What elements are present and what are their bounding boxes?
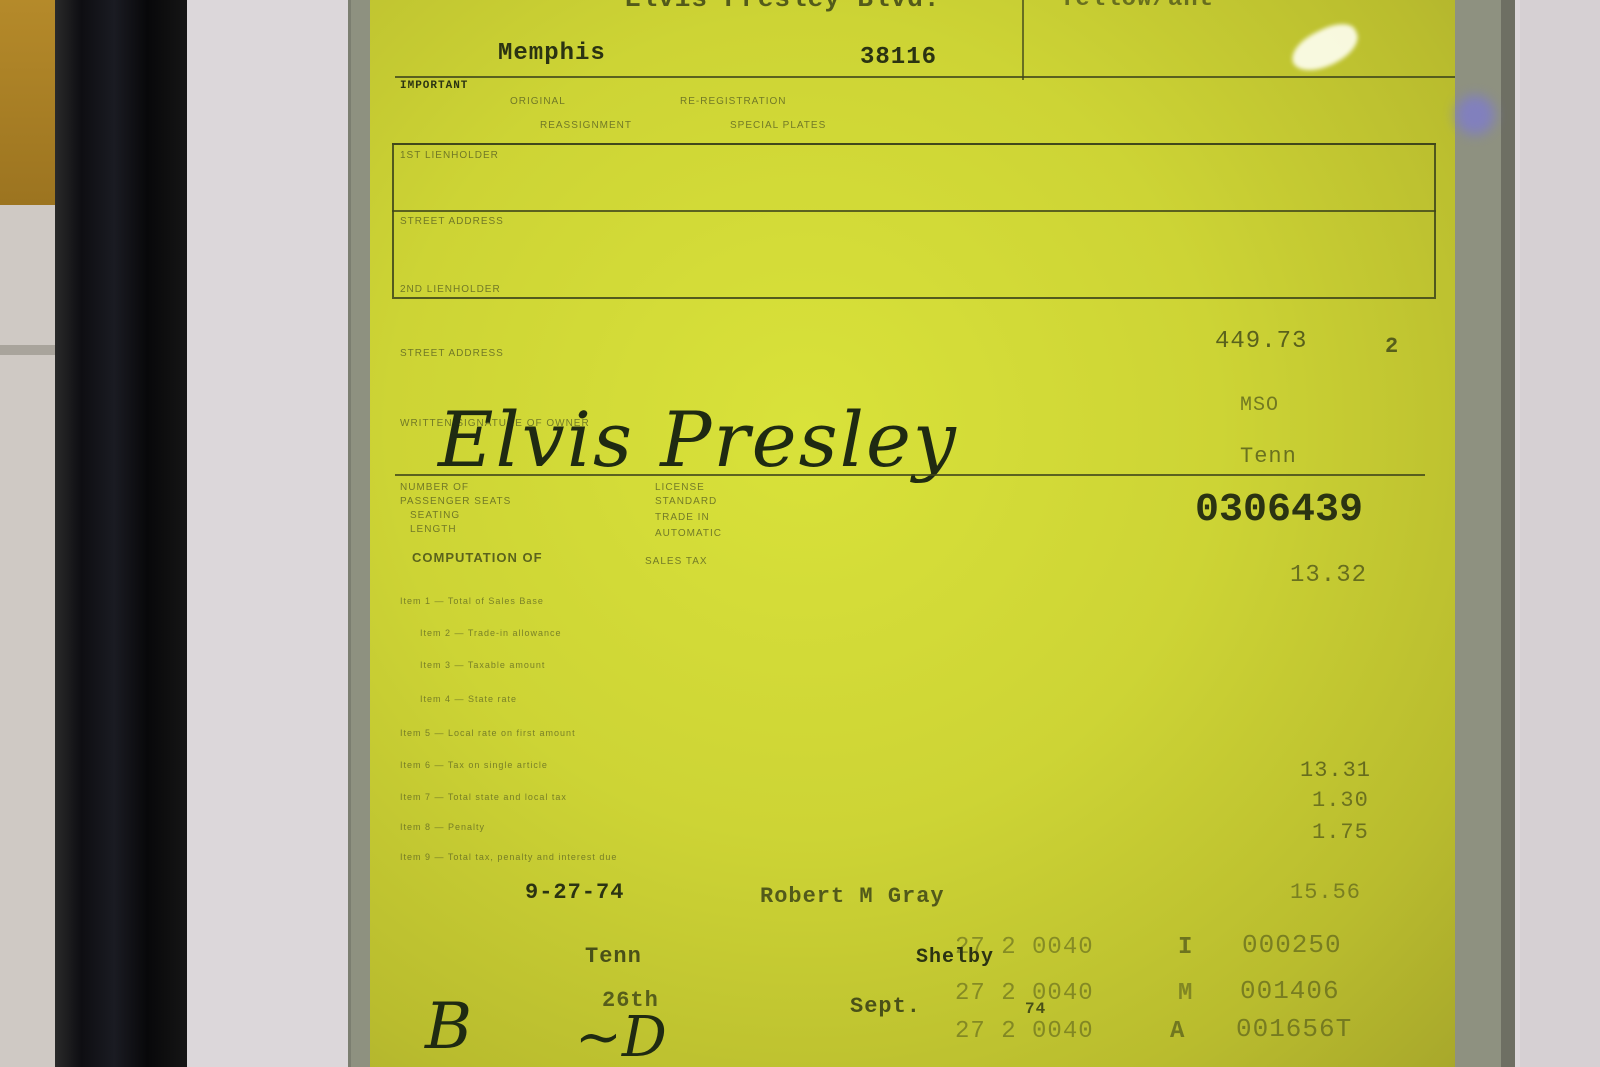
amount-value: 449.73 [1215, 328, 1307, 355]
rule [395, 76, 1455, 78]
light-reflection [1455, 95, 1495, 135]
computation-sublabel: SALES TAX [645, 556, 708, 567]
color-field: Yellow/ant [1060, 0, 1214, 13]
street-address-label-2: STREET ADDRESS [400, 348, 504, 359]
official-signature-partial: B [425, 990, 472, 1064]
validation-marker: I [1178, 934, 1193, 961]
address-line: Elvis Presley Blvd. [625, 0, 940, 14]
wall-trim [0, 345, 55, 355]
computation-line: Item 6 — Tax on single article [400, 760, 548, 770]
validation-left: 27 2 0040 [955, 934, 1094, 961]
street-address-label: STREET ADDRESS [400, 216, 504, 227]
computation-amount: 15.56 [1290, 880, 1361, 905]
code-value: MSO [1240, 394, 1279, 417]
footer-state: Tenn [585, 944, 642, 969]
computation-amount: 1.30 [1312, 788, 1369, 813]
signature-line [395, 474, 1425, 476]
mid-label-passenger-seats: PASSENGER SEATS [400, 496, 511, 507]
owner-signature: Elvis Presley [438, 395, 958, 484]
validation-value: 001656T [1236, 1014, 1352, 1044]
state-value: Tenn [1240, 444, 1297, 469]
divider [1022, 0, 1024, 80]
computation-line: Item 7 — Total state and local tax [400, 792, 567, 802]
option-reassignment: REASSIGNMENT [540, 120, 632, 131]
computation-line: Item 9 — Total tax, penalty and interest… [400, 852, 617, 862]
validation-marker: A [1170, 1018, 1185, 1045]
city-value: Memphis [498, 40, 606, 67]
option-special-plates: SPECIAL PLATES [730, 120, 826, 131]
computation-line: Item 5 — Local rate on first amount [400, 728, 576, 738]
validation-marker: M [1178, 980, 1193, 1007]
computation-amount: 13.31 [1300, 758, 1371, 783]
option-reregistration: RE-REGISTRATION [680, 96, 786, 107]
yellow-document: Elvis Presley Blvd. Yellow/ant Memphis 3… [370, 0, 1455, 1067]
computation-line: Item 4 — State rate [420, 694, 517, 704]
mid-label-length: LENGTH [410, 524, 457, 535]
frame-mat-right [1520, 0, 1600, 1067]
validation-left: 27 2 0040 [955, 1018, 1094, 1045]
mid-label-trade-in: TRADE IN [655, 512, 710, 523]
option-original: ORIGINAL [510, 96, 566, 107]
second-lienholder-label: 2ND LIENHOLDER [400, 284, 501, 295]
picture-frame-edge [55, 0, 187, 1067]
wall-background [0, 0, 55, 1067]
date-value: 9-27-74 [525, 880, 624, 905]
count-value: 2 [1385, 334, 1399, 359]
validation-value: 001406 [1240, 976, 1340, 1006]
official-name: Robert M Gray [760, 884, 945, 909]
receipt-number: 0306439 [1195, 488, 1363, 533]
mid-label-automatic: AUTOMATIC [655, 528, 722, 539]
rule [392, 210, 1436, 212]
computation-line: Item 3 — Taxable amount [420, 660, 545, 670]
mid-label-license: LICENSE [655, 482, 705, 493]
computation-line: Item 1 — Total of Sales Base [400, 596, 544, 606]
tax-amount: 13.32 [1290, 562, 1367, 589]
computation-line: Item 8 — Penalty [400, 822, 485, 832]
computation-line: Item 2 — Trade-in allowance [420, 628, 562, 638]
validation-value: 000250 [1242, 930, 1342, 960]
computation-label: COMPUTATION OF [412, 550, 543, 565]
rule [392, 143, 1436, 145]
lienholder-label: 1ST LIENHOLDER [400, 150, 499, 161]
mid-label-standard: STANDARD [655, 496, 717, 507]
wood-trim [0, 0, 55, 205]
official-signature-partial: ~D [575, 1005, 667, 1067]
computation-amount: 1.75 [1312, 820, 1369, 845]
zip-value: 38116 [860, 44, 937, 71]
validation-left: 27 2 0040 [955, 980, 1094, 1007]
mid-label-seating: SEATING [410, 510, 460, 521]
lienholder-box [392, 143, 1436, 299]
mid-label-number-of: NUMBER OF [400, 482, 469, 493]
month-value: Sept. [850, 994, 921, 1019]
important-label: IMPORTANT [400, 80, 468, 92]
